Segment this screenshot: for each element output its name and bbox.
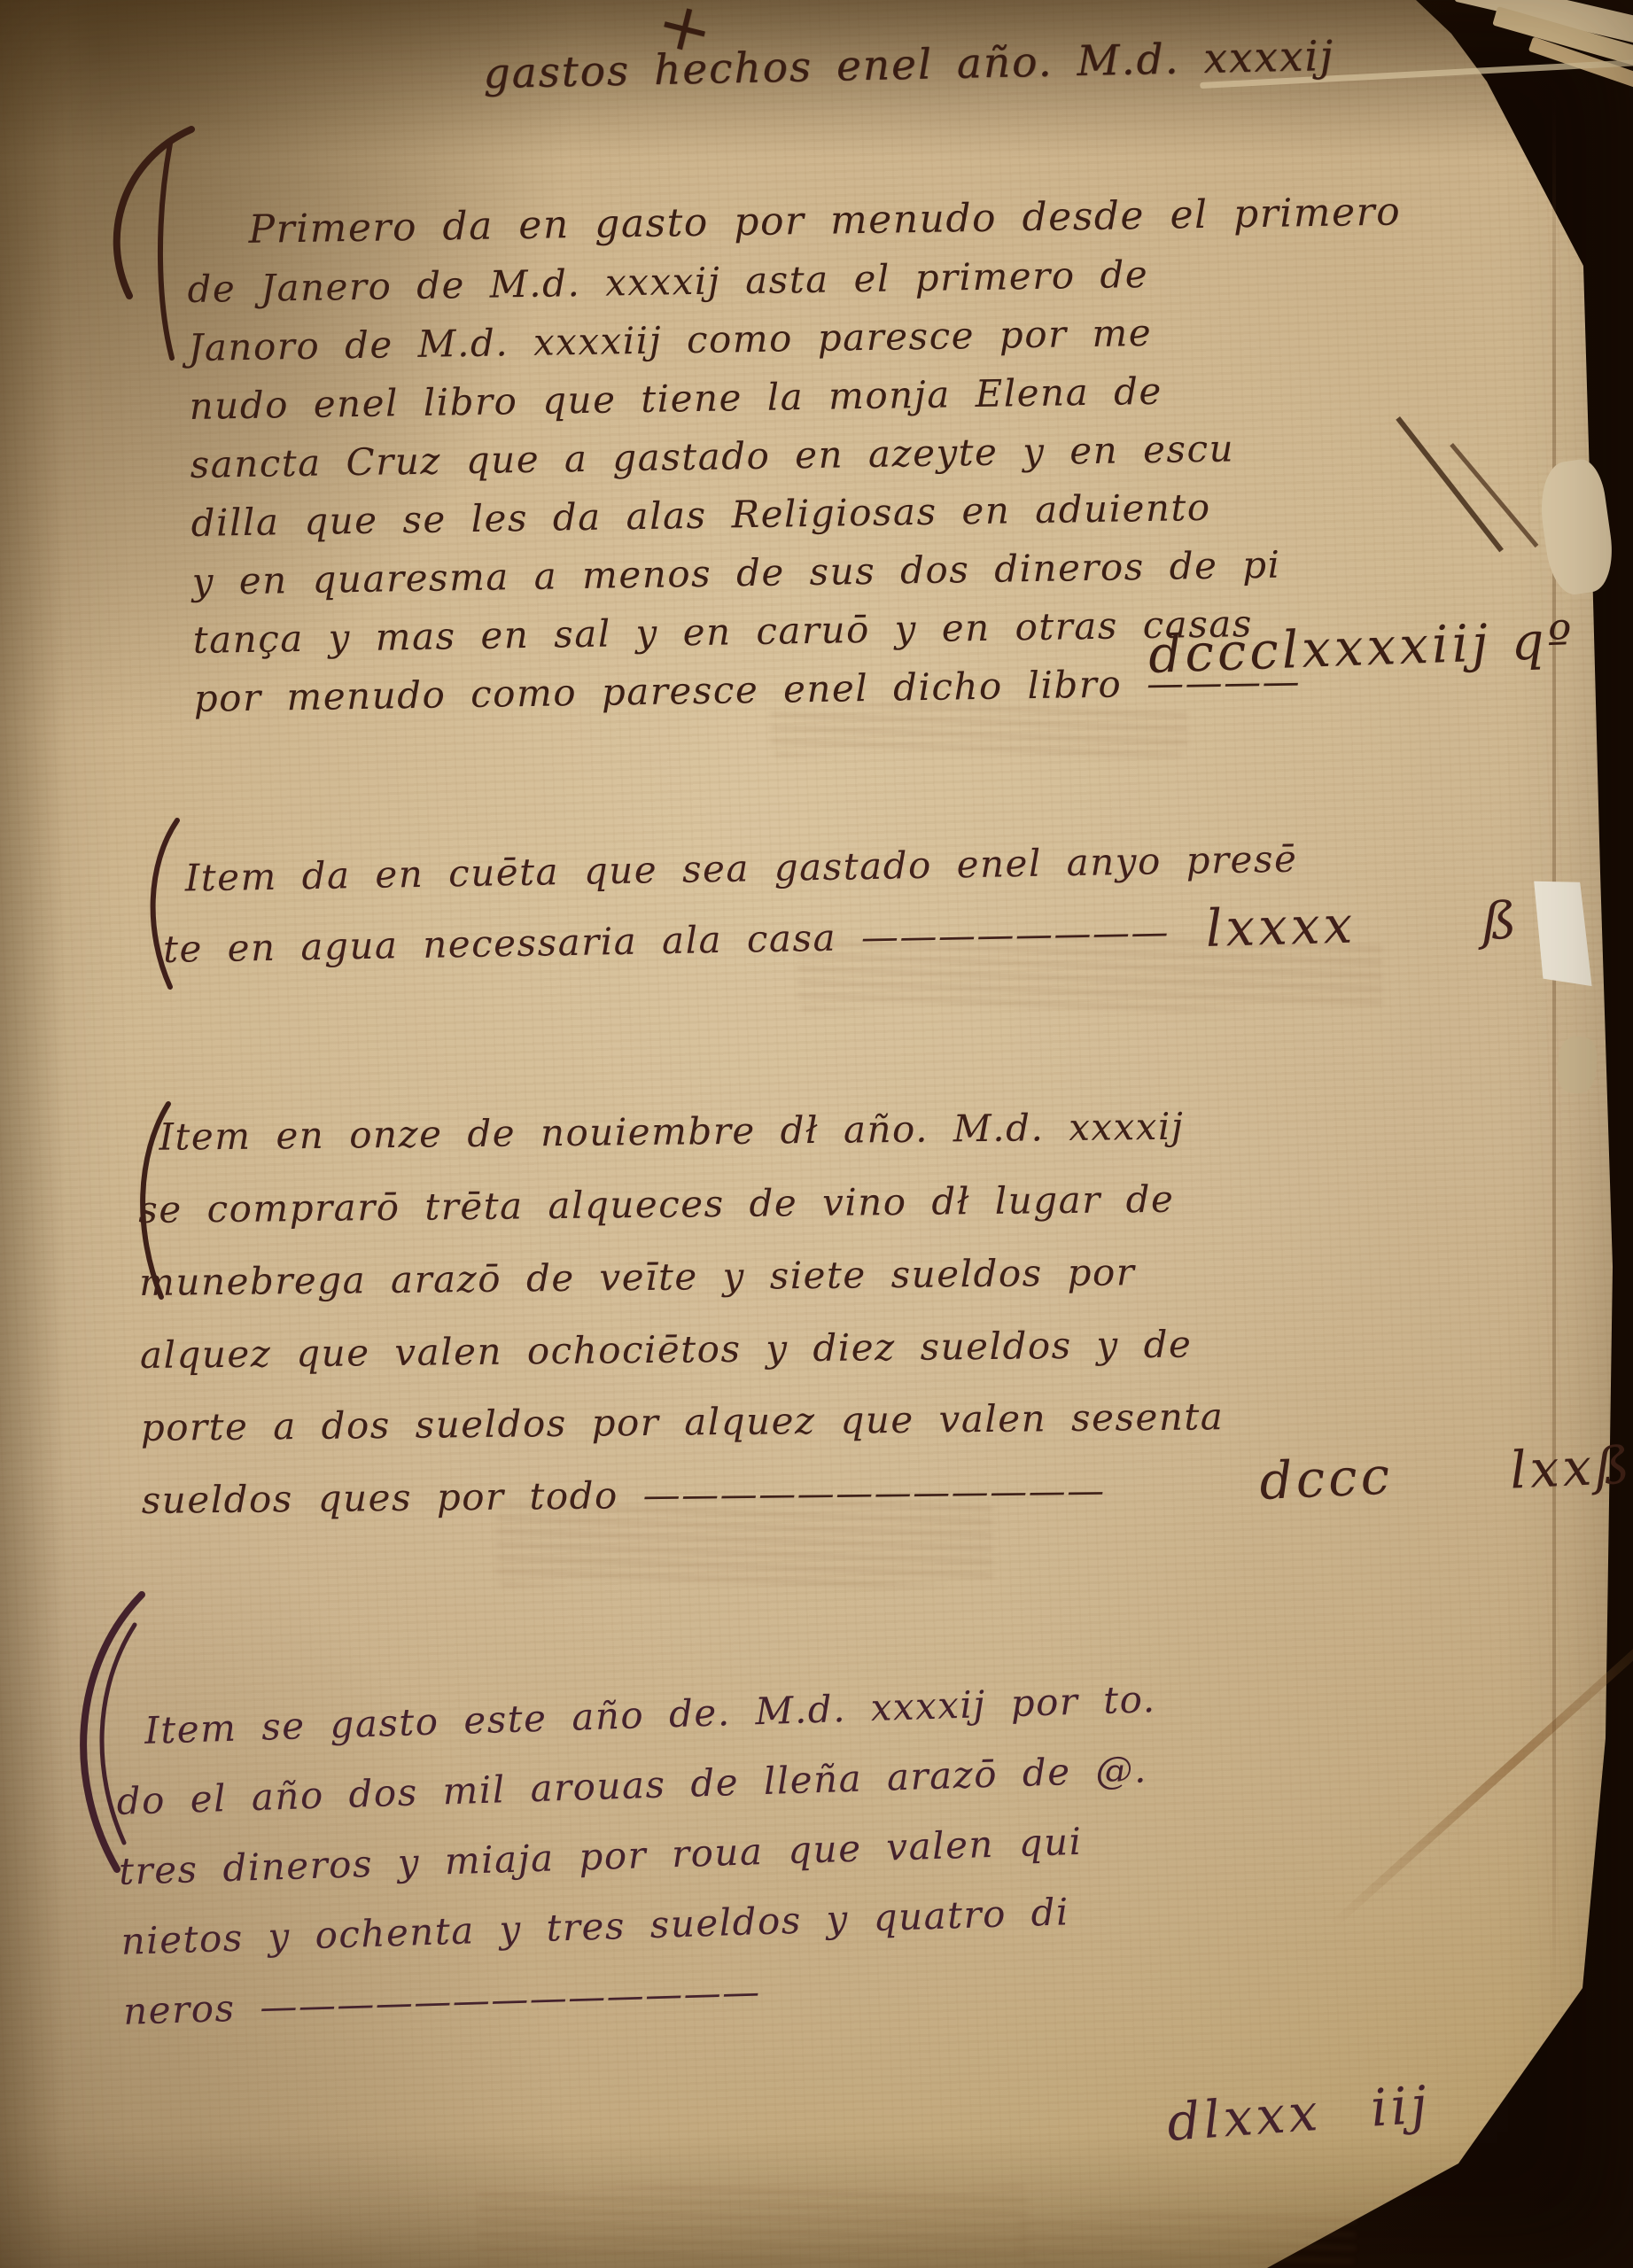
photo-vignette xyxy=(0,0,1633,2268)
manuscript-photo: { "page": { "title": "gastos hechos enel… xyxy=(0,0,1633,2268)
photo-stage: + gastos hechos enel año. M.d. xxxxij Pr… xyxy=(0,0,1633,2268)
